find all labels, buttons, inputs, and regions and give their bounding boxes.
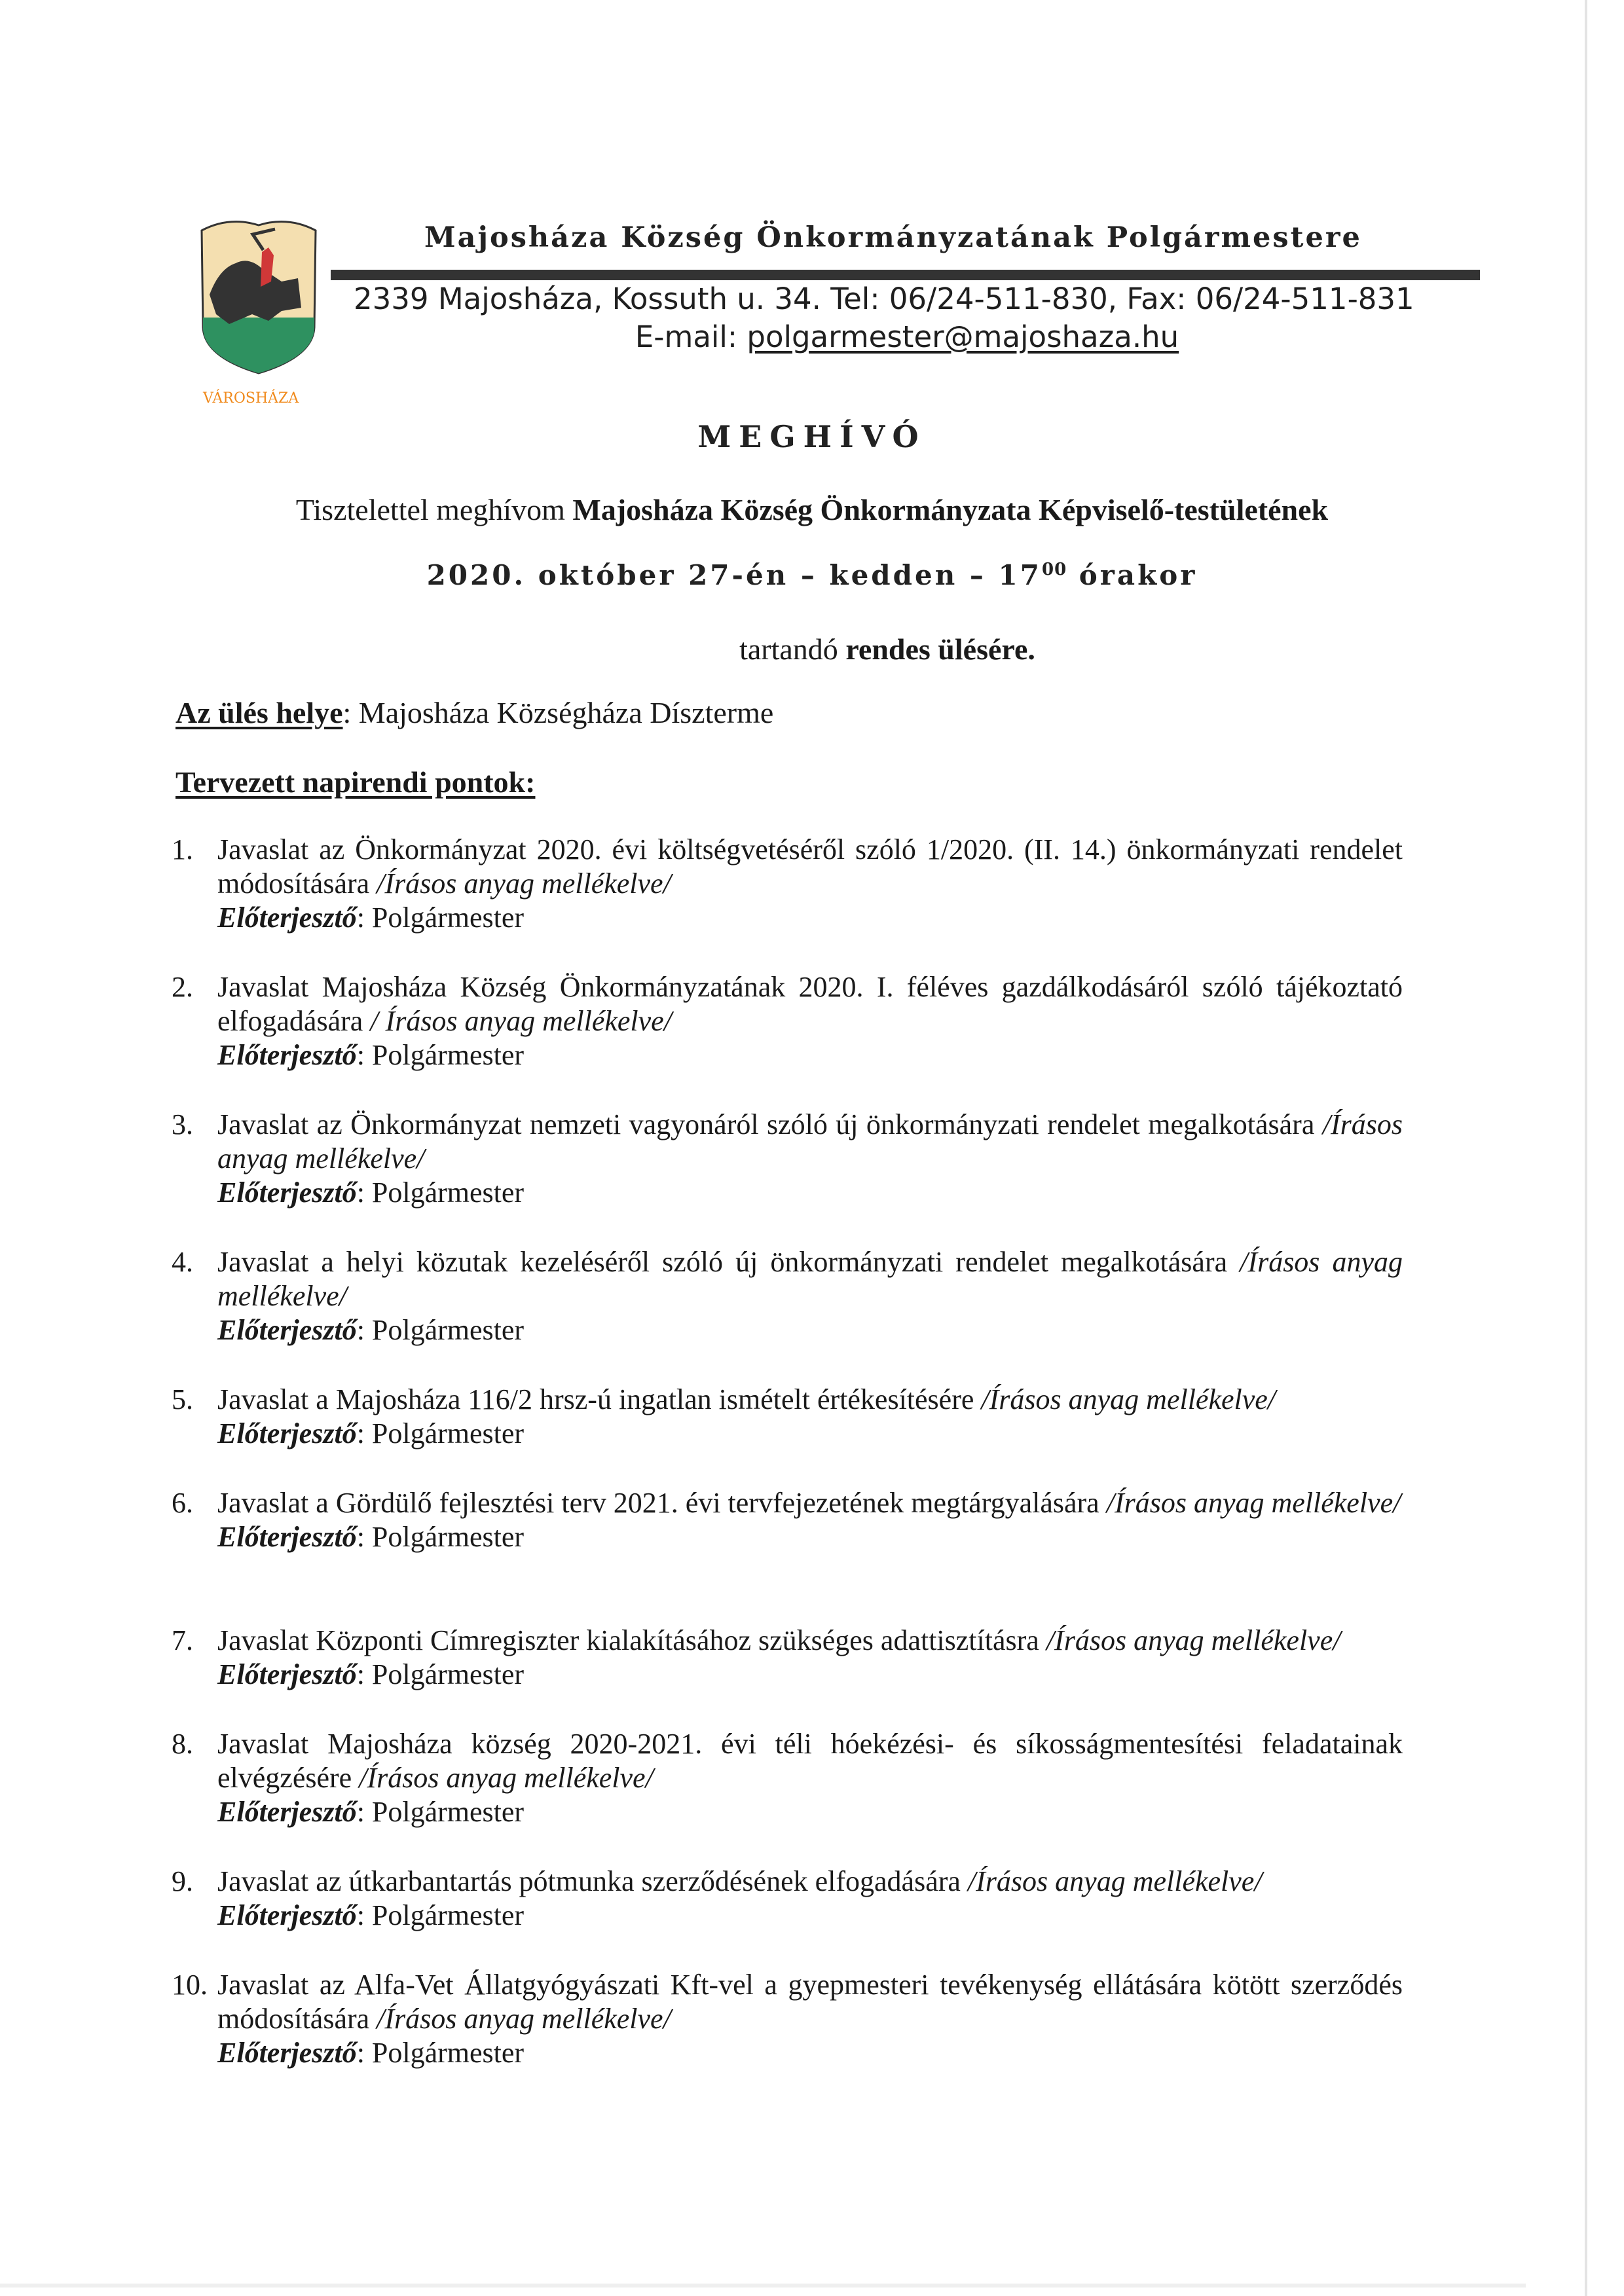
presenter-label: Előterjesztő (217, 1899, 357, 1931)
venue-value: : Majosháza Községháza Díszterme (343, 696, 774, 729)
presenter-value: : Polgármester (357, 1899, 524, 1931)
agenda-item: 6. Javaslat a Gördülő fejlesztési terv 2… (172, 1486, 1403, 1554)
scan-edge-line (1585, 0, 1587, 2296)
agenda-item: 5. Javaslat a Majosháza 116/2 hrsz-ú ing… (172, 1383, 1403, 1451)
presenter-label: Előterjesztő (217, 1521, 357, 1553)
presenter-value: : Polgármester (357, 2037, 524, 2069)
item-presenter: Előterjesztő: Polgármester (217, 1313, 1403, 1347)
presenter-value: : Polgármester (357, 1417, 524, 1449)
presenter-value: : Polgármester (357, 1176, 524, 1209)
item-number: 9. (172, 1865, 217, 1899)
time-suffix: órakor (1067, 559, 1197, 591)
venue: Az ülés helye: Majosháza Községháza Dísz… (175, 695, 773, 730)
item-number: 3. (172, 1108, 217, 1142)
item-title: Javaslat a helyi közutak kezeléséről szó… (217, 1246, 1240, 1278)
letterhead-rule (331, 270, 1480, 280)
item-title: Javaslat az Önkormányzat nemzeti vagyoná… (217, 1108, 1323, 1140)
agenda-item: 9. Javaslat az útkarbantartás pótmunka s… (172, 1865, 1403, 1933)
item-attachment: /Írásos anyag mellékelve/ (981, 1383, 1276, 1415)
time-minutes: 00 (1042, 560, 1067, 579)
session-line: tartandó rendes ülésére. (0, 632, 1624, 666)
item-presenter: Előterjesztő: Polgármester (217, 1795, 1403, 1829)
item-presenter: Előterjesztő: Polgármester (217, 2036, 1403, 2070)
invite-prefix: Tisztelettel meghívom (296, 493, 573, 526)
item-number: 2. (172, 970, 217, 1004)
item-title: Javaslat az útkarbantartás pótmunka szer… (217, 1865, 968, 1897)
item-attachment: /Írásos anyag mellékelve/ (359, 1762, 654, 1794)
item-number: 4. (172, 1245, 217, 1279)
presenter-label: Előterjesztő (217, 1796, 357, 1828)
email-link[interactable]: polgarmester@majoshaza.hu (747, 319, 1179, 354)
item-presenter: Előterjesztő: Polgármester (217, 1520, 1403, 1554)
item-attachment: / Írásos anyag mellékelve/ (370, 1005, 672, 1037)
item-presenter: Előterjesztő: Polgármester (217, 1658, 1403, 1692)
meeting-date: 2020. október 27-én – kedden – 1700 órak… (0, 559, 1624, 591)
invite-body: Majosháza Község Önkormányzata Képviselő… (572, 493, 1328, 526)
presenter-value: : Polgármester (357, 1314, 524, 1346)
presenter-label: Előterjesztő (217, 1417, 357, 1449)
item-attachment: /Írásos anyag mellékelve/ (968, 1865, 1263, 1897)
session-prefix: tartandó (589, 632, 845, 666)
item-title: Javaslat Központi Címregiszter kialakítá… (217, 1624, 1046, 1656)
item-text: Javaslat az Önkormányzat nemzeti vagyoná… (217, 1108, 1403, 1176)
item-text: Javaslat Majosháza község 2020-2021. évi… (217, 1727, 1403, 1795)
agenda-item: 10. Javaslat az Alfa-Vet Állatgyógyászat… (172, 1968, 1403, 2070)
item-title: Javaslat a Gördülő fejlesztési terv 2021… (217, 1487, 1107, 1519)
presenter-label: Előterjesztő (217, 1176, 357, 1209)
letterhead-email: E-mail: polgarmester@majoshaza.hu (354, 319, 1460, 354)
agenda-item: 2. Javaslat Majosháza Község Önkormányza… (172, 970, 1403, 1072)
coat-of-arms-icon: VÁROSHÁZA (190, 216, 327, 412)
presenter-value: : Polgármester (357, 1658, 524, 1690)
venue-label: Az ülés helye (175, 696, 343, 729)
item-presenter: Előterjesztő: Polgármester (217, 1417, 1403, 1451)
presenter-label: Előterjesztő (217, 1314, 357, 1346)
item-attachment: /Írásos anyag mellékelve/ (377, 2003, 671, 2035)
item-attachment: /Írásos anyag mellékelve/ (1107, 1487, 1401, 1519)
item-text: Javaslat Központi Címregiszter kialakítá… (217, 1624, 1403, 1658)
item-number: 6. (172, 1486, 217, 1520)
item-number: 1. (172, 833, 217, 867)
agenda-item: 3. Javaslat az Önkormányzat nemzeti vagy… (172, 1108, 1403, 1210)
agenda-item: 4. Javaslat a helyi közutak kezeléséről … (172, 1245, 1403, 1347)
agenda-item: 7. Javaslat Központi Címregiszter kialak… (172, 1624, 1403, 1692)
item-presenter: Előterjesztő: Polgármester (217, 1038, 1403, 1072)
presenter-value: : Polgármester (357, 1039, 524, 1071)
item-text: Javaslat az Önkormányzat 2020. évi költs… (217, 833, 1403, 901)
presenter-value: : Polgármester (357, 1521, 524, 1553)
presenter-label: Előterjesztő (217, 2037, 357, 2069)
agenda-item: 8. Javaslat Majosháza község 2020-2021. … (172, 1727, 1403, 1829)
item-title: Javaslat a Majosháza 116/2 hrsz-ú ingatl… (217, 1383, 981, 1415)
item-attachment: /Írásos anyag mellékelve/ (1046, 1624, 1341, 1656)
item-presenter: Előterjesztő: Polgármester (217, 1176, 1403, 1210)
item-number: 5. (172, 1383, 217, 1417)
agenda-heading: Tervezett napirendi pontok: (175, 765, 535, 799)
presenter-value: : Polgármester (357, 1796, 524, 1828)
item-text: Javaslat a Majosháza 116/2 hrsz-ú ingatl… (217, 1383, 1403, 1417)
invitation-page: VÁROSHÁZA Majosháza Község Önkormányzatá… (0, 0, 1624, 2296)
document-title: MEGHÍVÓ (0, 419, 1624, 454)
presenter-label: Előterjesztő (217, 902, 357, 934)
item-text: Javaslat Majosháza Község Önkormányzatán… (217, 970, 1403, 1038)
agenda-item: 1. Javaslat az Önkormányzat 2020. évi kö… (172, 833, 1403, 935)
scan-bottom-line (0, 2284, 1526, 2287)
email-label: E-mail: (635, 319, 747, 354)
item-attachment: /Írásos anyag mellékelve/ (377, 867, 671, 900)
date-text: 2020. október 27-én – kedden – 17 (427, 559, 1042, 591)
item-text: Javaslat a helyi közutak kezeléséről szó… (217, 1245, 1403, 1313)
session-type: rendes ülésére. (845, 632, 1035, 666)
svg-text:VÁROSHÁZA: VÁROSHÁZA (202, 389, 299, 407)
presenter-label: Előterjesztő (217, 1658, 357, 1690)
item-presenter: Előterjesztő: Polgármester (217, 1899, 1403, 1933)
invite-line: Tisztelettel meghívom Majosháza Község Ö… (0, 492, 1624, 527)
item-text: Javaslat a Gördülő fejlesztési terv 2021… (217, 1486, 1403, 1520)
item-text: Javaslat az útkarbantartás pótmunka szer… (217, 1865, 1403, 1899)
presenter-label: Előterjesztő (217, 1039, 357, 1071)
letterhead-title: Majosháza Község Önkormányzatának Polgár… (424, 221, 1472, 254)
item-number: 8. (172, 1727, 217, 1761)
presenter-value: : Polgármester (357, 902, 524, 934)
item-number: 7. (172, 1624, 217, 1658)
item-number: 10. (172, 1968, 217, 2002)
item-text: Javaslat az Alfa-Vet Állatgyógyászati Kf… (217, 1968, 1403, 2036)
item-presenter: Előterjesztő: Polgármester (217, 901, 1403, 935)
letterhead-address: 2339 Majosháza, Kossuth u. 34. Tel: 06/2… (354, 282, 1480, 316)
